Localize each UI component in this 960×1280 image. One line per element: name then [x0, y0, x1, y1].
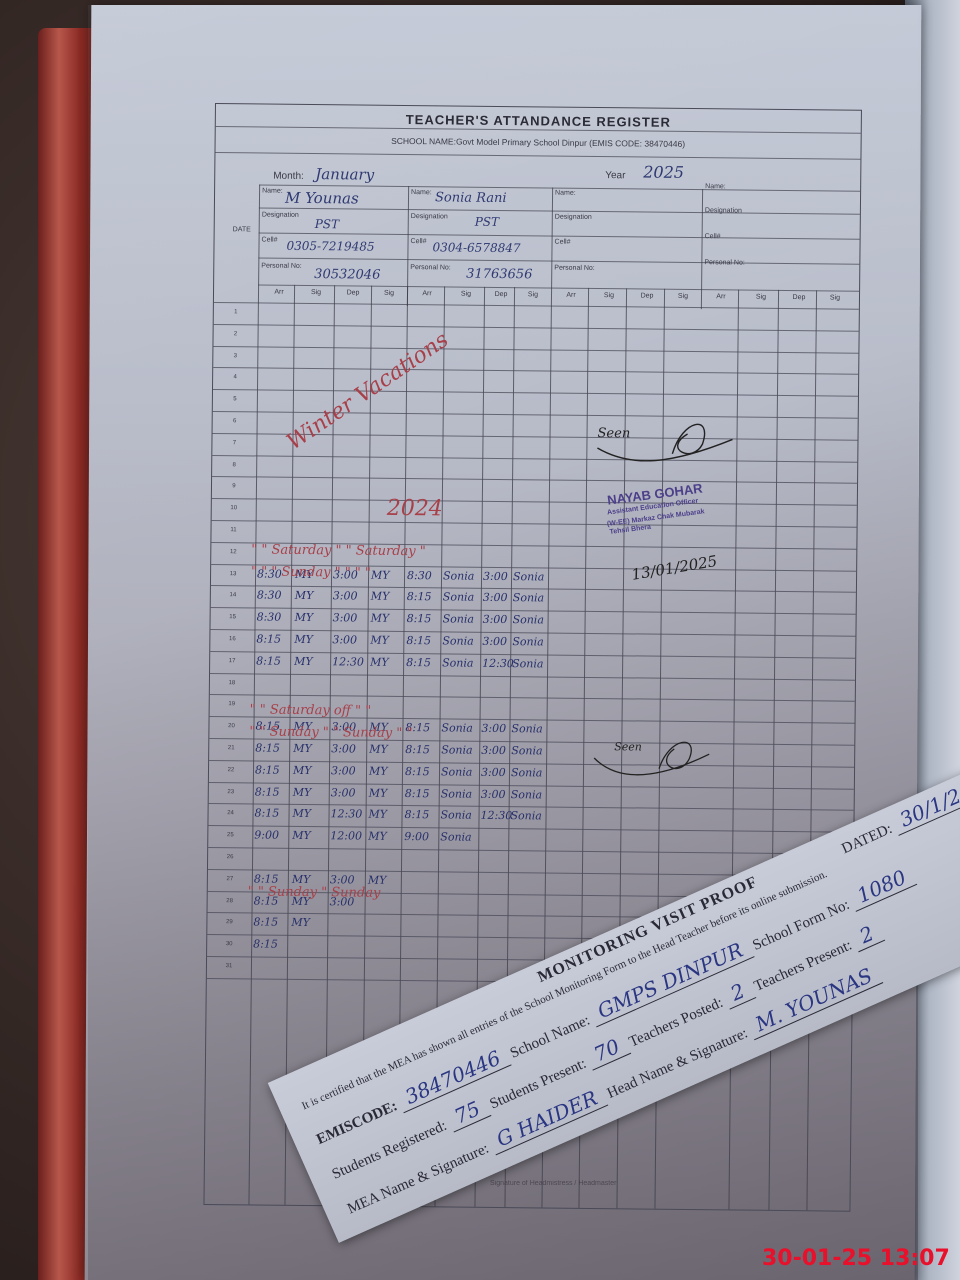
entry-arr1: 8:15 [254, 807, 279, 820]
entry-sig2b: Sonia [510, 810, 541, 823]
day-number: 26 [222, 854, 238, 860]
col-dep-2: Dep [486, 291, 516, 298]
col-arr-2: Arr [410, 290, 444, 297]
teacher1-designation: PST [315, 217, 339, 231]
day-number: 19 [224, 702, 240, 708]
entry-sig2: Sonia [441, 765, 472, 778]
day-number: 6 [227, 418, 243, 424]
row-divider [208, 847, 853, 855]
entry-sig1: MY [294, 633, 313, 646]
entry-arr2: 8:15 [406, 634, 431, 647]
entry-arr1: 8:15 [253, 916, 278, 929]
row-divider [212, 455, 857, 463]
day-number: 29 [221, 920, 237, 926]
entry-arr1: 8:30 [257, 589, 282, 602]
day-number: 7 [226, 440, 242, 446]
row-divider [213, 389, 858, 397]
entry-sig2b: Sonia [513, 592, 544, 605]
school-form-value: 1080 [846, 862, 917, 912]
teacher4-personal-label: Personal No: [704, 259, 745, 266]
day-number: 23 [223, 789, 239, 795]
day-number: 1 [228, 309, 244, 315]
col-sig-2: Sig [446, 290, 486, 297]
footer-signature-label: Signature of Headmistress / Headmaster [490, 1180, 616, 1187]
teacher1-personal-no: 30532046 [314, 267, 380, 283]
entry-dep2: 3:00 [482, 635, 507, 648]
col-sig-3: Sig [592, 292, 626, 299]
teacher2-cell: 0304-6578847 [432, 240, 520, 255]
entry-arr1: 8:15 [256, 654, 281, 667]
row-divider [212, 520, 857, 528]
entry-sig2: Sonia [442, 656, 473, 669]
col-sig-1b: Sig [372, 290, 406, 297]
row-divider [214, 324, 859, 332]
teacher3-cell-label: Cell# [555, 239, 571, 246]
col-sig-2b: Sig [516, 291, 550, 298]
col-dep-1: Dep [336, 289, 370, 296]
entry-sig1: MY [295, 611, 314, 624]
entry-sig2: Sonia [443, 613, 474, 626]
entry-arr1: 9:00 [254, 829, 279, 842]
day-number: 17 [224, 658, 240, 664]
day12-note: " " " Sunday " " " " [251, 564, 371, 580]
students-present-value: 70 [583, 1031, 631, 1071]
entry-arr2: 8:15 [407, 590, 432, 603]
month-value: January [315, 165, 374, 184]
entry-sig1: MY [292, 807, 311, 820]
teacher1-cell-label: Cell# [262, 236, 278, 243]
teacher1-designation-label: Designation [262, 211, 299, 218]
month-label: Month: [273, 171, 304, 182]
entry-arr1: 8:15 [255, 741, 280, 754]
day11-note: " " Saturday " " Saturday " [251, 542, 426, 559]
day-number: 22 [223, 767, 239, 773]
day-number: 13 [225, 571, 241, 577]
entry-sig2b: Sonia [513, 613, 544, 626]
col-arr-1: Arr [264, 289, 294, 296]
day-number: 8 [226, 462, 242, 468]
teacher1-name-label: Name: [262, 187, 283, 194]
entry-dep2: 3:00 [481, 787, 506, 800]
entry-sig2b: Sonia [511, 788, 542, 801]
row-divider [210, 694, 855, 702]
entry-sig1: MY [295, 589, 314, 602]
entry-sig2: Sonia [443, 591, 474, 604]
stamp-date: 13/01/2025 [630, 552, 718, 584]
entry-arr1: 8:15 [255, 785, 280, 798]
entry-dep2: 3:00 [483, 613, 508, 626]
entry-sig2b: Sonia [512, 635, 543, 648]
col-arr-4: Arr [704, 293, 738, 300]
entry-arr2: 8:15 [406, 656, 431, 669]
col-sig-3b: Sig [666, 293, 700, 300]
teacher2-name-label: Name: [411, 189, 432, 196]
entry-dep2: 12:30 [480, 809, 512, 822]
teachers-posted-value: 2 [720, 975, 756, 1010]
entry-dep2: 3:00 [483, 591, 508, 604]
day-number: 31 [221, 963, 237, 969]
entry-sig1b: MY [370, 655, 389, 668]
entry-sig1b: MY [368, 808, 387, 821]
teacher1-name: M Younas [285, 189, 359, 208]
signature-scribble-icon [592, 408, 743, 480]
col-sig-4: Sig [744, 294, 778, 301]
entry-sig1: MY [291, 916, 310, 929]
day-number: 4 [227, 375, 243, 381]
entry-arr1: 8:15 [255, 763, 280, 776]
entry-sig2: Sonia [441, 743, 472, 756]
entry-sig2b: Sonia [512, 657, 543, 670]
entry-sig2: Sonia [442, 634, 473, 647]
col-dep-3: Dep [630, 292, 664, 299]
entry-sig2: Sonia [443, 569, 474, 582]
day-number: 12 [225, 549, 241, 555]
year-value: 2025 [643, 162, 684, 181]
entry-sig1b: MY [371, 568, 390, 581]
teacher2-personal-no: 31763656 [466, 267, 532, 283]
entry-arr1: 8:15 [256, 632, 281, 645]
row-divider [210, 673, 855, 681]
entry-sig2b: Sonia [511, 722, 542, 735]
day-number: 28 [222, 898, 238, 904]
entry-sig2: Sonia [441, 787, 472, 800]
entry-dep2: 3:00 [481, 744, 506, 757]
entry-arr1: 8:15 [253, 938, 278, 951]
entry-sig1b: MY [371, 590, 390, 603]
row-divider [212, 476, 857, 484]
entry-dep2: 3:00 [481, 722, 506, 735]
second-signature-scribble-icon [589, 728, 720, 789]
entry-dep1: 3:00 [333, 590, 358, 603]
day-number: 5 [227, 396, 243, 402]
day-number: 15 [225, 614, 241, 620]
teacher1-personal-label: Personal No: [261, 262, 302, 269]
entry-dep1: 12:30 [330, 808, 362, 821]
entry-sig1b: MY [370, 634, 389, 647]
entry-arr2: 8:15 [405, 787, 430, 800]
day-number: 2 [228, 331, 244, 337]
teacher3-personal-label: Personal No: [554, 265, 595, 272]
entry-sig1: MY [292, 873, 311, 886]
teacher3-designation-label: Designation [555, 214, 592, 221]
year-label: Year [605, 170, 625, 181]
day-number: 20 [223, 723, 239, 729]
col-arr-3: Arr [554, 292, 588, 299]
entry-dep2: 3:00 [483, 569, 508, 582]
entry-sig1b: MY [371, 612, 390, 625]
entry-sig1: MY [292, 829, 311, 842]
day-number: 14 [225, 593, 241, 599]
entry-arr2: 8:15 [405, 765, 430, 778]
entry-dep2: 3:00 [481, 766, 506, 779]
entry-sig2: Sonia [441, 722, 472, 735]
day-number: 9 [226, 484, 242, 490]
entry-sig1: MY [294, 655, 313, 668]
day19-note: " " Sunday " " Sunday " " [249, 724, 412, 741]
teacher2-personal-label: Personal No: [410, 264, 451, 271]
day-number: 21 [223, 745, 239, 751]
row-divider [213, 367, 858, 375]
entry-dep1: 12:00 [330, 829, 362, 842]
day-number: 24 [223, 811, 239, 817]
entry-sig1: MY [293, 742, 312, 755]
entry-dep1: 12:30 [332, 655, 364, 668]
school-name-line: SCHOOL NAME:Govt Model Primary School Di… [216, 134, 861, 151]
entry-arr1: 8:30 [257, 611, 282, 624]
row-divider [212, 498, 857, 506]
entry-sig2b: Sonia [511, 766, 542, 779]
col-sig-4b: Sig [818, 294, 852, 301]
entry-sig1: MY [293, 764, 312, 777]
entry-arr2: 9:00 [404, 830, 429, 843]
day26-note: " " Sunday " Sunday [248, 884, 381, 900]
row-divider [213, 346, 858, 354]
entry-arr2: 8:30 [407, 569, 432, 582]
entry-sig1b: MY [369, 786, 388, 799]
entry-sig2: Sonia [440, 831, 471, 844]
entry-arr2: 8:15 [407, 612, 432, 625]
day-number: 3 [227, 353, 243, 359]
entry-sig1: MY [293, 785, 312, 798]
teacher2-designation-label: Designation [411, 213, 448, 220]
day-number: 11 [225, 527, 241, 533]
teacher4-name-label: Name: [705, 183, 726, 190]
entry-sig1b: MY [369, 743, 388, 756]
day-number: 25 [222, 832, 238, 838]
teacher2-cell-label: Cell# [411, 238, 427, 245]
entry-arr2: 8:15 [405, 743, 430, 756]
students-registered-value: 75 [443, 1093, 491, 1133]
entry-sig1b: MY [368, 830, 387, 843]
entry-dep1: 3:00 [331, 786, 356, 799]
col-dep-4: Dep [782, 294, 816, 301]
entry-sig2b: Sonia [511, 744, 542, 757]
entry-dep1: 3:00 [333, 611, 358, 624]
entry-sig2b: Sonia [513, 570, 544, 583]
entry-dep2: 12:30 [482, 657, 514, 670]
teacher4-cell-label: Cell# [705, 233, 721, 240]
day-number: 10 [226, 505, 242, 511]
teacher4-designation-label: Designation [705, 207, 742, 214]
entry-sig1b: MY [368, 873, 387, 886]
teacher2-name: Sonia Rani [435, 190, 507, 206]
col-sig-1: Sig [298, 289, 334, 296]
dated-label: DATED: [839, 821, 894, 857]
date-vertical-label: DATE [233, 224, 241, 235]
day-number: 30 [221, 941, 237, 947]
day-number: 27 [222, 876, 238, 882]
day18-note: " " Saturday off " " [250, 702, 372, 718]
entry-dep1: 3:00 [332, 633, 357, 646]
entry-dep1: 3:00 [331, 764, 356, 777]
teacher2-designation: PST [475, 215, 499, 229]
entry-sig2: Sonia [440, 809, 471, 822]
day-number: 16 [224, 636, 240, 642]
day-number: 18 [224, 680, 240, 686]
entry-arr2: 8:15 [404, 808, 429, 821]
teachers-present-value: 2 [849, 918, 885, 953]
teacher3-name-label: Name: [555, 190, 576, 197]
photo-timestamp: 30-01-25 13:07 [762, 1246, 950, 1271]
teacher1-cell: 0305-7219485 [286, 239, 374, 254]
entry-sig1b: MY [369, 764, 388, 777]
entry-dep1: 3:00 [331, 742, 356, 755]
winter-year-note: 2024 [387, 496, 443, 522]
